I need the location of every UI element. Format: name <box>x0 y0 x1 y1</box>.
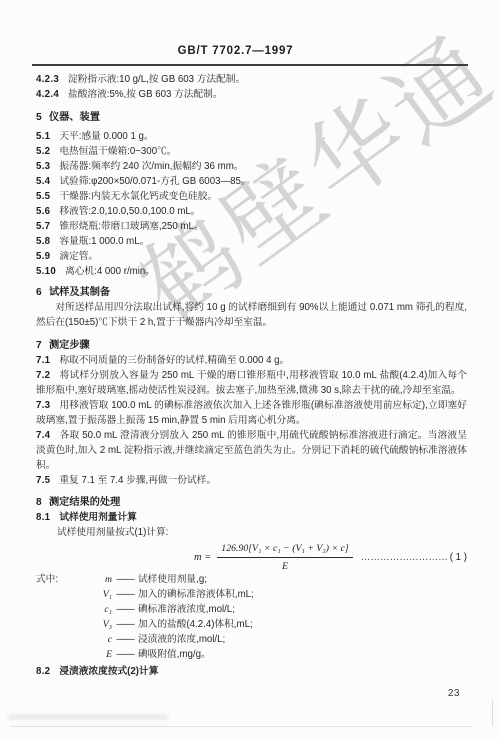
clause-number: 7.2 <box>36 370 50 381</box>
dash: —— <box>112 587 138 602</box>
clause-4-2-4: 4.2.4盐酸溶液:5%,按 GB 603 方法配制。 <box>36 87 467 102</box>
dash: —— <box>112 632 138 647</box>
definition-text: 加入的碘标准溶液体积,mL; <box>138 587 467 602</box>
definition-row: 式中: m —— 试样使用剂量,g; <box>36 572 467 587</box>
formula-equation-number: ( 1 ) <box>450 550 467 565</box>
list-item: 5.5干燥器:内装无水氯化钙或变色硅胶。 <box>36 189 467 204</box>
list-item: 5.10离心机:4 000 r/min。 <box>36 264 467 279</box>
symbol-definitions: 式中: m —— 试样使用剂量,g; V₁ —— 加入的碘标准溶液体积,mL; … <box>36 572 467 662</box>
section-6-title: 6试样及其制备 <box>36 285 467 300</box>
symbol: V₁ <box>76 587 112 602</box>
scan-artifact-edge-mark <box>492 700 493 726</box>
clause-number: 7.4 <box>36 430 50 441</box>
item-number: 5.4 <box>36 176 50 187</box>
where-label-spacer <box>36 617 76 632</box>
clause-number: 7.5 <box>36 475 50 486</box>
definition-row: c —— 浸渍液的浓度,mol/L; <box>36 632 467 647</box>
formula-1: m = 126.90[V₁ × c₁ − (V₁ + V₃) × c] E ……… <box>36 542 467 572</box>
item-text: 离心机:4 000 r/min。 <box>65 266 155 277</box>
scanned-standard-page: 鹤壁华通 GB/T 7702.7—1997 4.2.3淀粉指示液:10 g/L,… <box>0 0 500 738</box>
section-5-title: 5仪器、装置 <box>36 110 467 125</box>
clause-4-2-3: 4.2.3淀粉指示液:10 g/L,按 GB 603 方法配制。 <box>36 72 467 87</box>
where-label-spacer <box>36 587 76 602</box>
clause-number: 8.2 <box>36 666 50 677</box>
clause-7-2: 7.2将试样分别放入容量为 250 mL 干燥的磨口锥形瓶中,用移液管取 10.… <box>36 368 467 398</box>
definition-text: 试样使用剂量,g; <box>138 572 467 587</box>
item-text: 容量瓶:1 000.0 mL。 <box>59 236 149 247</box>
dash: —— <box>112 602 138 617</box>
scan-artifact-line <box>10 726 472 727</box>
item-number: 5.5 <box>36 191 50 202</box>
item-text: 试验筛:φ200×50/0.071-方孔 GB 6003—85。 <box>59 176 250 187</box>
item-number: 5.9 <box>36 251 50 262</box>
clause-number: 4.2.4 <box>36 89 59 100</box>
list-item: 5.7锥形烧瓶:带磨口玻璃塞,250 mL。 <box>36 219 467 234</box>
clause-7-1: 7.1称取不同质量的三份制备好的试样,精确至 0.000 4 g。 <box>36 353 467 368</box>
clause-number: 7.1 <box>36 355 50 366</box>
definition-text: 加入的盐酸(4.2.4)体积,mL; <box>138 617 467 632</box>
definition-row: c₁ —— 碘标准溶液浓度,mol/L; <box>36 602 467 617</box>
header-rule <box>32 64 468 66</box>
scan-artifact-smudge <box>8 714 168 720</box>
where-label-spacer <box>36 647 76 662</box>
clause-text: 盐酸溶液:5%,按 GB 603 方法配制。 <box>68 89 223 100</box>
item-text: 天平:感量 0.000 1 g。 <box>59 131 153 142</box>
item-text: 锥形烧瓶:带磨口玻璃塞,250 mL。 <box>59 221 203 232</box>
definition-row: V₃ —— 加入的盐酸(4.2.4)体积,mL; <box>36 617 467 632</box>
where-label: 式中: <box>36 572 76 587</box>
clause-7-4: 7.4各取 50.0 mL 澄清液分别放入 250 mL 的锥形瓶中,用硫代硫酸… <box>36 428 467 473</box>
clause-text: 各取 50.0 mL 澄清液分别放入 250 mL 的锥形瓶中,用硫代硫酸钠标准… <box>36 430 467 471</box>
clause-number: 4.2.3 <box>36 74 59 85</box>
clause-title: 试样使用剂量计算 <box>59 512 137 523</box>
section-title-text: 测定结果的处理 <box>49 497 120 508</box>
list-item: 5.4试验筛:φ200×50/0.071-方孔 GB 6003—85。 <box>36 174 467 189</box>
item-text: 滴定管。 <box>59 251 98 262</box>
item-number: 5.3 <box>36 161 50 172</box>
list-item: 5.1天平:感量 0.000 1 g。 <box>36 129 467 144</box>
formula-dot-leader: ……………………… <box>353 550 448 565</box>
clause-text: 重复 7.1 至 7.4 步骤,再做一份试样。 <box>59 475 216 486</box>
symbol: c₁ <box>76 602 112 617</box>
section-number: 8 <box>36 497 42 508</box>
section-title-text: 测定步骤 <box>49 340 90 351</box>
section-number: 7 <box>36 340 42 351</box>
standard-code-header: GB/T 7702.7—1997 <box>20 44 451 59</box>
definition-row: E —— 碘吸附值,mg/g。 <box>36 647 467 662</box>
item-number: 5.7 <box>36 221 50 232</box>
item-number: 5.6 <box>36 206 50 217</box>
section-title-text: 试样及其制备 <box>49 287 110 298</box>
section-8-title: 8测定结果的处理 <box>36 495 467 510</box>
clause-text: 淀粉指示液:10 g/L,按 GB 603 方法配制。 <box>68 74 245 85</box>
clause-7-5: 7.5重复 7.1 至 7.4 步骤,再做一份试样。 <box>36 473 467 488</box>
where-label-spacer <box>36 632 76 647</box>
section-6-paragraph: 对所送样品用四分法取出试样,将约 10 g 的试样磨细到有 90%以上能通过 0… <box>36 300 467 330</box>
item-text: 电热恒温干燥箱:0~300℃。 <box>59 146 176 157</box>
item-number: 5.8 <box>36 236 50 247</box>
list-item: 5.6移液管:2.0,10.0,50.0,100.0 mL。 <box>36 204 467 219</box>
clause-text: 用移液管取 100.0 mL 的碘标准溶液依次加入上述各锥形瓶(碘标准溶液使用前… <box>36 400 467 426</box>
formula-numerator: 126.90[V₁ × c₁ − (V₁ + V₃) × c] <box>217 541 352 558</box>
section-number: 5 <box>36 112 42 123</box>
page-content: GB/T 7702.7—1997 4.2.3淀粉指示液:10 g/L,按 GB … <box>36 0 467 679</box>
section-title-text: 仪器、装置 <box>49 112 100 123</box>
definition-text: 碘标准溶液浓度,mol/L; <box>138 602 467 617</box>
clause-number: 7.3 <box>36 400 50 411</box>
item-text: 振荡器:频率约 240 次/min,振幅约 36 mm。 <box>59 161 243 172</box>
clause-text: 将试样分别放入容量为 250 mL 干燥的磨口锥形瓶中,用移液管取 10.0 m… <box>36 370 467 396</box>
symbol: m <box>76 572 112 587</box>
section-7-title: 7测定步骤 <box>36 338 467 353</box>
dash: —— <box>112 572 138 587</box>
list-item: 5.9滴定管。 <box>36 249 467 264</box>
item-number: 5.1 <box>36 131 50 142</box>
formula-fraction: 126.90[V₁ × c₁ − (V₁ + V₃) × c] E <box>217 541 352 574</box>
clause-text: 称取不同质量的三份制备好的试样,精确至 0.000 4 g。 <box>59 355 289 366</box>
item-number: 5.2 <box>36 146 50 157</box>
symbol: c <box>76 632 112 647</box>
definition-text: 浸渍液的浓度,mol/L; <box>138 632 467 647</box>
clause-title: 浸渍液浓度按式(2)计算 <box>59 666 158 677</box>
item-text: 移液管:2.0,10.0,50.0,100.0 mL。 <box>59 206 200 217</box>
clause-number: 8.1 <box>36 512 50 523</box>
section-number: 6 <box>36 287 42 298</box>
list-item: 5.8容量瓶:1 000.0 mL。 <box>36 234 467 249</box>
symbol: E <box>76 647 112 662</box>
where-label-spacer <box>36 602 76 617</box>
list-item: 5.3振荡器:频率约 240 次/min,振幅约 36 mm。 <box>36 159 467 174</box>
definition-text: 碘吸附值,mg/g。 <box>138 647 467 662</box>
item-number: 5.10 <box>36 266 56 277</box>
list-item: 5.2电热恒温干燥箱:0~300℃。 <box>36 144 467 159</box>
dash: —— <box>112 617 138 632</box>
item-text: 干燥器:内装无水氯化钙或变色硅胶。 <box>59 191 217 202</box>
symbol: V₃ <box>76 617 112 632</box>
dash: —— <box>112 647 138 662</box>
clause-7-3: 7.3用移液管取 100.0 mL 的碘标准溶液依次加入上述各锥形瓶(碘标准溶液… <box>36 398 467 428</box>
clause-8-1: 8.1试样使用剂量计算 <box>36 510 467 525</box>
section-5-list: 5.1天平:感量 0.000 1 g。 5.2电热恒温干燥箱:0~300℃。 5… <box>36 129 467 279</box>
formula-lhs: m = <box>194 550 211 565</box>
page-number: 23 <box>448 688 460 699</box>
formula-intro: 试样使用剂量按式(1)计算: <box>36 525 467 540</box>
definition-row: V₁ —— 加入的碘标准溶液体积,mL; <box>36 587 467 602</box>
clause-8-2: 8.2浸渍液浓度按式(2)计算 <box>36 664 467 679</box>
